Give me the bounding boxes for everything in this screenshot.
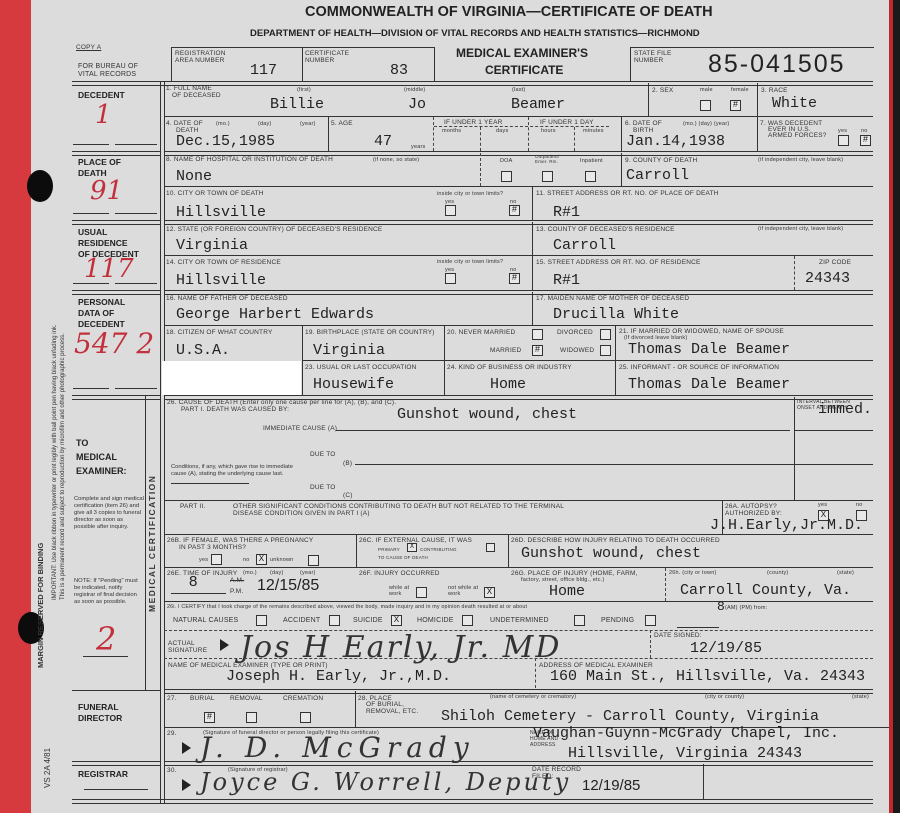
registrar-signature-arrow-icon bbox=[182, 779, 191, 791]
section-divider bbox=[160, 81, 165, 803]
signature-arrow-icon bbox=[220, 639, 229, 651]
occupation-label: 23. USUAL OR LAST OCCUPATION bbox=[305, 364, 417, 371]
red-edge-right bbox=[889, 0, 893, 813]
me-instructions: Complete and sign medical certification … bbox=[74, 496, 144, 531]
street-of-residence-label: 15. STREET ADDRESS OR RT. NO. OF RESIDEN… bbox=[536, 259, 701, 266]
primary-checkbox[interactable]: X bbox=[407, 543, 417, 552]
personal-code: 547 2 bbox=[74, 327, 154, 360]
undetermined-checkbox[interactable] bbox=[574, 615, 585, 626]
middle-name: Jo bbox=[408, 97, 426, 113]
sex-label: 2. SEX bbox=[652, 87, 673, 94]
birthplace-label: 19. BIRTHPLACE (state or country) bbox=[305, 329, 435, 336]
cause-label: 26. CAUSE OF DEATH (Enter only one cause… bbox=[167, 399, 396, 406]
immediate-cause: Gunshot wound, chest bbox=[397, 407, 577, 423]
interval-value: immed. bbox=[818, 402, 872, 418]
street-of-death-label: 11. STREET ADDRESS OR RT. NO. OF PLACE O… bbox=[536, 190, 719, 197]
section-registrar: REGISTRAR bbox=[78, 769, 128, 780]
county-of-death-label: 9. COUNTY OF DEATH bbox=[625, 157, 697, 164]
contributing-checkbox[interactable] bbox=[486, 543, 495, 552]
certificate-number: 83 bbox=[390, 63, 408, 79]
state-of-residence-label: 12. STATE (OR FOREIGN COUNTRY) OF DECEAS… bbox=[166, 226, 382, 233]
father-name: George Harbert Edwards bbox=[176, 307, 374, 323]
date-signed-label: DATE SIGNED: bbox=[654, 632, 702, 639]
state-of-residence: Virginia bbox=[176, 238, 248, 254]
fd-signature: J. D. McGrady bbox=[200, 731, 475, 764]
date-of-birth: Jan.14,1938 bbox=[626, 134, 725, 150]
pregnancy-yes-checkbox[interactable] bbox=[211, 554, 222, 565]
state-file-number: 85-041505 bbox=[708, 50, 846, 78]
injury-description-label: 26d. DESCRIBE HOW INJURY RELATING TO DEA… bbox=[511, 537, 720, 544]
homicide-checkbox[interactable] bbox=[462, 615, 473, 626]
sex-male-checkbox[interactable] bbox=[700, 100, 711, 111]
divorced-checkbox[interactable] bbox=[600, 329, 611, 340]
residence-code: 117 bbox=[84, 254, 134, 284]
never-married-checkbox[interactable] bbox=[532, 329, 543, 340]
outpatient-checkbox[interactable] bbox=[542, 171, 553, 182]
redacted-field bbox=[162, 361, 301, 395]
inpatient-checkbox[interactable] bbox=[585, 171, 596, 182]
father-label: 16. NAME OF FATHER OF DECEASED bbox=[166, 295, 288, 302]
section-usual-residence: USUAL bbox=[78, 227, 107, 238]
section-funeral-director: FUNERAL bbox=[78, 702, 119, 713]
section-place-of-death: PLACE OF bbox=[78, 157, 121, 168]
city-of-residence: Hillsville bbox=[176, 273, 266, 289]
registration-label: REGISTRATION bbox=[175, 50, 226, 57]
field-1-label: 1. FULL NAME bbox=[166, 85, 212, 92]
red-margin-strip bbox=[0, 0, 31, 813]
autopsy-authorized-by: J.H.Early,Jr.M.D. bbox=[710, 518, 863, 534]
pregnancy-no-checkbox[interactable]: X bbox=[256, 554, 267, 565]
not-at-work-checkbox[interactable]: X bbox=[484, 587, 495, 598]
pregnancy-unknown-checkbox[interactable] bbox=[308, 555, 319, 566]
conditions-note: Conditions, if any, which gave rise to i… bbox=[171, 464, 301, 478]
county-of-residence-label: 13. COUNTY OF DECEASED'S RESIDENCE bbox=[536, 226, 675, 233]
funeral-home-address: Hillsville, Virginia 24343 bbox=[568, 746, 802, 762]
natural-causes-checkbox[interactable] bbox=[256, 615, 267, 626]
city-of-death: Hillsville bbox=[176, 205, 266, 221]
cremation-checkbox[interactable] bbox=[300, 712, 311, 723]
decedent-code: 1 bbox=[95, 100, 112, 130]
copy-label: COPY A bbox=[76, 44, 101, 51]
citizen-country: U.S.A. bbox=[176, 343, 230, 359]
state-file-label: STATE FILE bbox=[634, 50, 672, 57]
me-name: Joseph H. Early, Jr.,M.D. bbox=[226, 669, 451, 685]
me-pending-note: NOTE: If "Pending" must be indicated, no… bbox=[74, 578, 144, 606]
business: Home bbox=[490, 377, 526, 393]
place-of-injury-label: 26g. PLACE OF INJURY (home, farm, bbox=[511, 570, 638, 577]
age: 47 bbox=[374, 134, 392, 150]
section-to-medical-examiner: TO bbox=[76, 438, 88, 449]
medical-certification-label: MEDICAL CERTIFICATION bbox=[147, 475, 157, 612]
city-of-death-label: 10. CITY OR TOWN OF DEATH bbox=[166, 190, 264, 197]
last-name: Beamer bbox=[511, 97, 565, 113]
informant: Thomas Dale Beamer bbox=[628, 377, 790, 393]
me-code: 2 bbox=[96, 620, 116, 658]
fd-signature-arrow-icon bbox=[182, 742, 191, 754]
place-of-burial: Shiloh Cemetery - Carroll County, Virgin… bbox=[441, 709, 819, 725]
time-of-injury-label: 26e. TIME OF INJURY bbox=[167, 570, 237, 577]
margin-binding-text: MARGIN RESERVED FOR BINDING bbox=[36, 543, 45, 668]
me-address: 160 Main St., Hillsville, Va. 24343 bbox=[550, 669, 865, 685]
pregnancy-label: 26b. IF FEMALE, WAS THERE A PREGNANCY bbox=[167, 537, 313, 544]
part2-text: OTHER SIGNIFICANT CONDITIONS CONTRIBUTIN… bbox=[233, 503, 564, 510]
place-of-injury: Home bbox=[549, 584, 585, 600]
injury-hour: 8 bbox=[189, 574, 197, 590]
while-at-work-checkbox[interactable] bbox=[416, 587, 427, 598]
date-signed: 12/19/85 bbox=[690, 641, 762, 657]
burial-checkbox[interactable]: # bbox=[204, 712, 215, 723]
street-of-residence: R#1 bbox=[553, 273, 580, 289]
informant-label: 25. INFORMANT - OR SOURCE OF INFORMATION bbox=[619, 364, 779, 371]
date-of-death: Dec.15,1985 bbox=[176, 134, 275, 150]
injury-description: Gunshot wound, chest bbox=[521, 546, 701, 562]
spouse-label: 21. IF MARRIED OR WIDOWED, NAME OF SPOUS… bbox=[619, 328, 784, 335]
armed-yes-checkbox[interactable] bbox=[838, 135, 849, 146]
death-inside-limits-yes[interactable] bbox=[445, 205, 456, 216]
removal-checkbox[interactable] bbox=[246, 712, 257, 723]
injury-occurred-label: 26f. INJURY OCCURRED bbox=[359, 570, 440, 577]
place-code: 91 bbox=[90, 176, 123, 206]
business-label: 24. KIND OF BUSINESS OR INDUSTRY bbox=[447, 364, 572, 371]
zip-label: ZIP CODE bbox=[819, 259, 851, 266]
mother-label: 17. MAIDEN NAME OF MOTHER OF DECEASED bbox=[536, 295, 689, 302]
armed-no-checkbox[interactable]: # bbox=[860, 135, 871, 146]
married-checkbox[interactable]: # bbox=[532, 345, 543, 356]
for-bureau-label: FOR BUREAU OF bbox=[78, 63, 138, 70]
county-of-residence: Carroll bbox=[553, 238, 616, 254]
sex-female-checkbox[interactable]: # bbox=[730, 100, 741, 111]
spouse-name: Thomas Dale Beamer bbox=[628, 342, 790, 358]
res-inside-limits-no[interactable]: # bbox=[509, 273, 520, 284]
death-certificate: MARGIN RESERVED FOR BINDING IMPORTANT: U… bbox=[0, 0, 893, 813]
department-subtitle: DEPARTMENT OF HEALTH—DIVISION OF VITAL R… bbox=[250, 28, 700, 39]
hospital-label: 8. NAME OF HOSPITAL OR INSTITUTION OF DE… bbox=[166, 156, 333, 163]
funeral-home-name: Vaughan-Guynn-McGrady Chapel, Inc. bbox=[533, 726, 839, 742]
race: White bbox=[772, 96, 817, 112]
binder-hole-top bbox=[27, 170, 53, 202]
race-label: 3. RACE bbox=[761, 87, 788, 94]
date-filed-label: DATE RECORD bbox=[532, 766, 581, 773]
margin-important-line-1: IMPORTANT: Use black ribbon in typewrite… bbox=[52, 324, 58, 600]
vital-records-label: VITAL RECORDS bbox=[78, 71, 136, 78]
suicide-checkbox[interactable]: X bbox=[391, 615, 402, 626]
section-personal-data: PERSONAL bbox=[78, 297, 125, 308]
age-label: 5. AGE bbox=[331, 120, 353, 127]
res-inside-limits-yes[interactable] bbox=[445, 273, 456, 284]
form-id: VS 2A 4/81 bbox=[43, 748, 52, 788]
death-hour: 8 bbox=[717, 599, 725, 615]
date-of-birth-label: 6. DATE OF bbox=[625, 120, 662, 127]
injury-location: Carroll County, Va. bbox=[680, 583, 851, 599]
certificate-label: CERTIFICATE bbox=[305, 50, 349, 57]
date-filed: 12/19/85 bbox=[582, 778, 640, 794]
zip-code: 24343 bbox=[805, 271, 850, 287]
mother-name: Drucilla White bbox=[553, 307, 679, 323]
certify-statement: 26i. I CERTIFY that I took charge of the… bbox=[167, 604, 527, 611]
widowed-checkbox[interactable] bbox=[600, 345, 611, 356]
registrar-signature: Joyce G. Worrell, Deputy bbox=[200, 768, 571, 796]
pending-checkbox[interactable] bbox=[645, 615, 656, 626]
margin-important-line-2: This is a permanent record and subject t… bbox=[60, 333, 66, 600]
me-signature: Jos H Early, Jr. MD bbox=[240, 630, 561, 665]
document-title: COMMONWEALTH OF VIRGINIA—CERTIFICATE OF … bbox=[305, 4, 713, 20]
first-name: Billie bbox=[270, 97, 324, 113]
death-inside-limits-no[interactable]: # bbox=[509, 205, 520, 216]
birthplace: Virginia bbox=[313, 343, 385, 359]
doa-checkbox[interactable] bbox=[501, 171, 512, 182]
county-of-death: Carroll bbox=[626, 168, 689, 184]
me-certificate-title: MEDICAL EXAMINER'S bbox=[456, 46, 588, 60]
date-of-death-label: 4. DATE OF bbox=[166, 120, 203, 127]
occupation: Housewife bbox=[313, 377, 394, 393]
injury-date: 12/15/85 bbox=[257, 578, 319, 594]
accident-checkbox[interactable] bbox=[329, 615, 340, 626]
street-of-death: R#1 bbox=[553, 205, 580, 221]
autopsy-label: 26a. AUTOPSY? bbox=[725, 503, 777, 510]
actual-signature-label: ACTUAL bbox=[168, 640, 195, 647]
never-married-label: 20. NEVER MARRIED bbox=[447, 329, 515, 336]
registration-number: 117 bbox=[250, 63, 277, 79]
city-of-residence-label: 14. CITY OR TOWN OF RESIDENCE bbox=[166, 259, 281, 266]
citizen-label: 18. CITIZEN OF WHAT COUNTRY bbox=[166, 329, 273, 336]
hospital: None bbox=[176, 169, 212, 185]
